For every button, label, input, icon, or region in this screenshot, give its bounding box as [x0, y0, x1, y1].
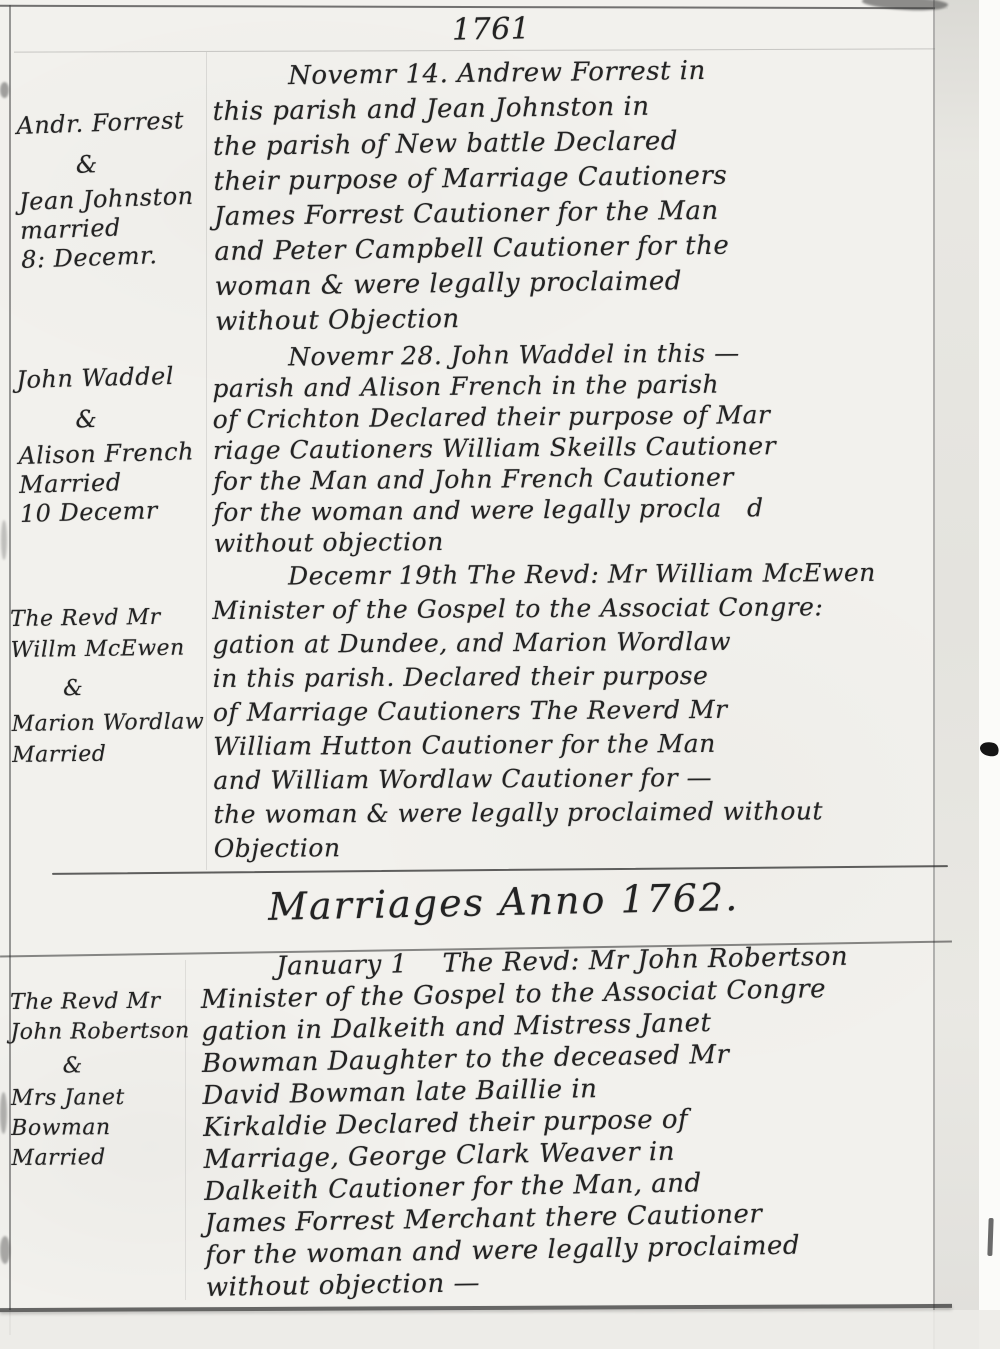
margin-line: Willm McEwen: [10, 632, 203, 666]
entry-2-record-text: Novemr 28. John Waddel in this — parish …: [212, 336, 946, 559]
section-header: Marriages Anno 1762.: [268, 875, 740, 929]
entry-3-record-text: Decemr 19th The Revd: Mr William McEwen …: [212, 556, 946, 866]
body-line: Minister of the Gospel to the Associat C…: [212, 590, 944, 628]
body-line: gation at Dundee, and Marion Wordlaw: [212, 624, 944, 662]
register-page: 1761 Andr. Forrest & Jean Johnston marri…: [0, 0, 1000, 1349]
entry-1-margin-note: Andr. Forrest & Jean Johnston married 8:…: [16, 106, 196, 275]
body-line: in this parish. Declared their purpose: [213, 658, 945, 696]
ampersand-mark: &: [75, 402, 193, 434]
ampersand-mark: &: [63, 671, 204, 704]
margin-line: Married: [12, 737, 205, 771]
body-line: Objection: [214, 828, 946, 866]
body-line: the woman & were legally proclaimed with…: [213, 794, 945, 832]
margin-line: John Robertson: [10, 1016, 190, 1048]
section-divider-rule: [52, 865, 948, 875]
ampersand-mark: &: [75, 147, 193, 180]
body-line: without objection: [214, 522, 946, 559]
entry-4-record-text: January 1 The Revd: Mr John Robertson Mi…: [200, 939, 938, 1304]
entry-1-record-text: Novemr 14. Andrew Forrest in this parish…: [212, 51, 947, 340]
edge-ink-blotch: [0, 1236, 10, 1264]
margin-line: Married: [11, 1142, 191, 1174]
year-header: 1761: [452, 11, 531, 47]
entry-3-margin-note: The Revd Mr Willm McEwen & Marion Wordla…: [10, 601, 205, 771]
margin-line: Andr. Forrest: [16, 106, 191, 141]
margin-line: Mrs Janet: [11, 1082, 191, 1114]
body-line: of Marriage Cautioners The Reverd Mr: [213, 692, 945, 730]
margin-line: 10 Decemr: [20, 495, 196, 529]
entry-2-margin-note: John Waddel & Alison French Married 10 D…: [16, 361, 196, 529]
margin-line: Bowman: [11, 1112, 191, 1144]
edge-ink-blotch: [1, 520, 7, 560]
margin-line: The Revd Mr: [10, 986, 190, 1018]
top-border-rule: [0, 5, 948, 9]
bottom-page-strip: [0, 1310, 1000, 1349]
edge-ink-blotch: [0, 82, 9, 98]
margin-line: The Revd Mr: [10, 601, 203, 635]
scan-background: [979, 0, 1000, 1349]
body-line: Decemr 19th The Revd: Mr William McEwen: [212, 556, 944, 594]
body-line: and William Wordlaw Cautioner for —: [213, 760, 945, 798]
margin-line: Married: [19, 466, 195, 500]
margin-line: John Waddel: [16, 361, 192, 395]
ampersand-mark: &: [63, 1050, 191, 1081]
margin-line: Alison French: [18, 437, 194, 471]
margin-line: Marion Wordlaw: [11, 706, 204, 740]
body-line: William Hutton Cautioner for the Man: [213, 726, 945, 764]
margin-column-divider: [206, 52, 207, 870]
edge-ink-blotch: [0, 1092, 7, 1134]
entry-4-margin-note: The Revd Mr John Robertson & Mrs Janet B…: [10, 986, 191, 1174]
margin-line: 8: Decemr.: [21, 240, 196, 275]
margin-line: Jean Johnston: [19, 182, 194, 217]
